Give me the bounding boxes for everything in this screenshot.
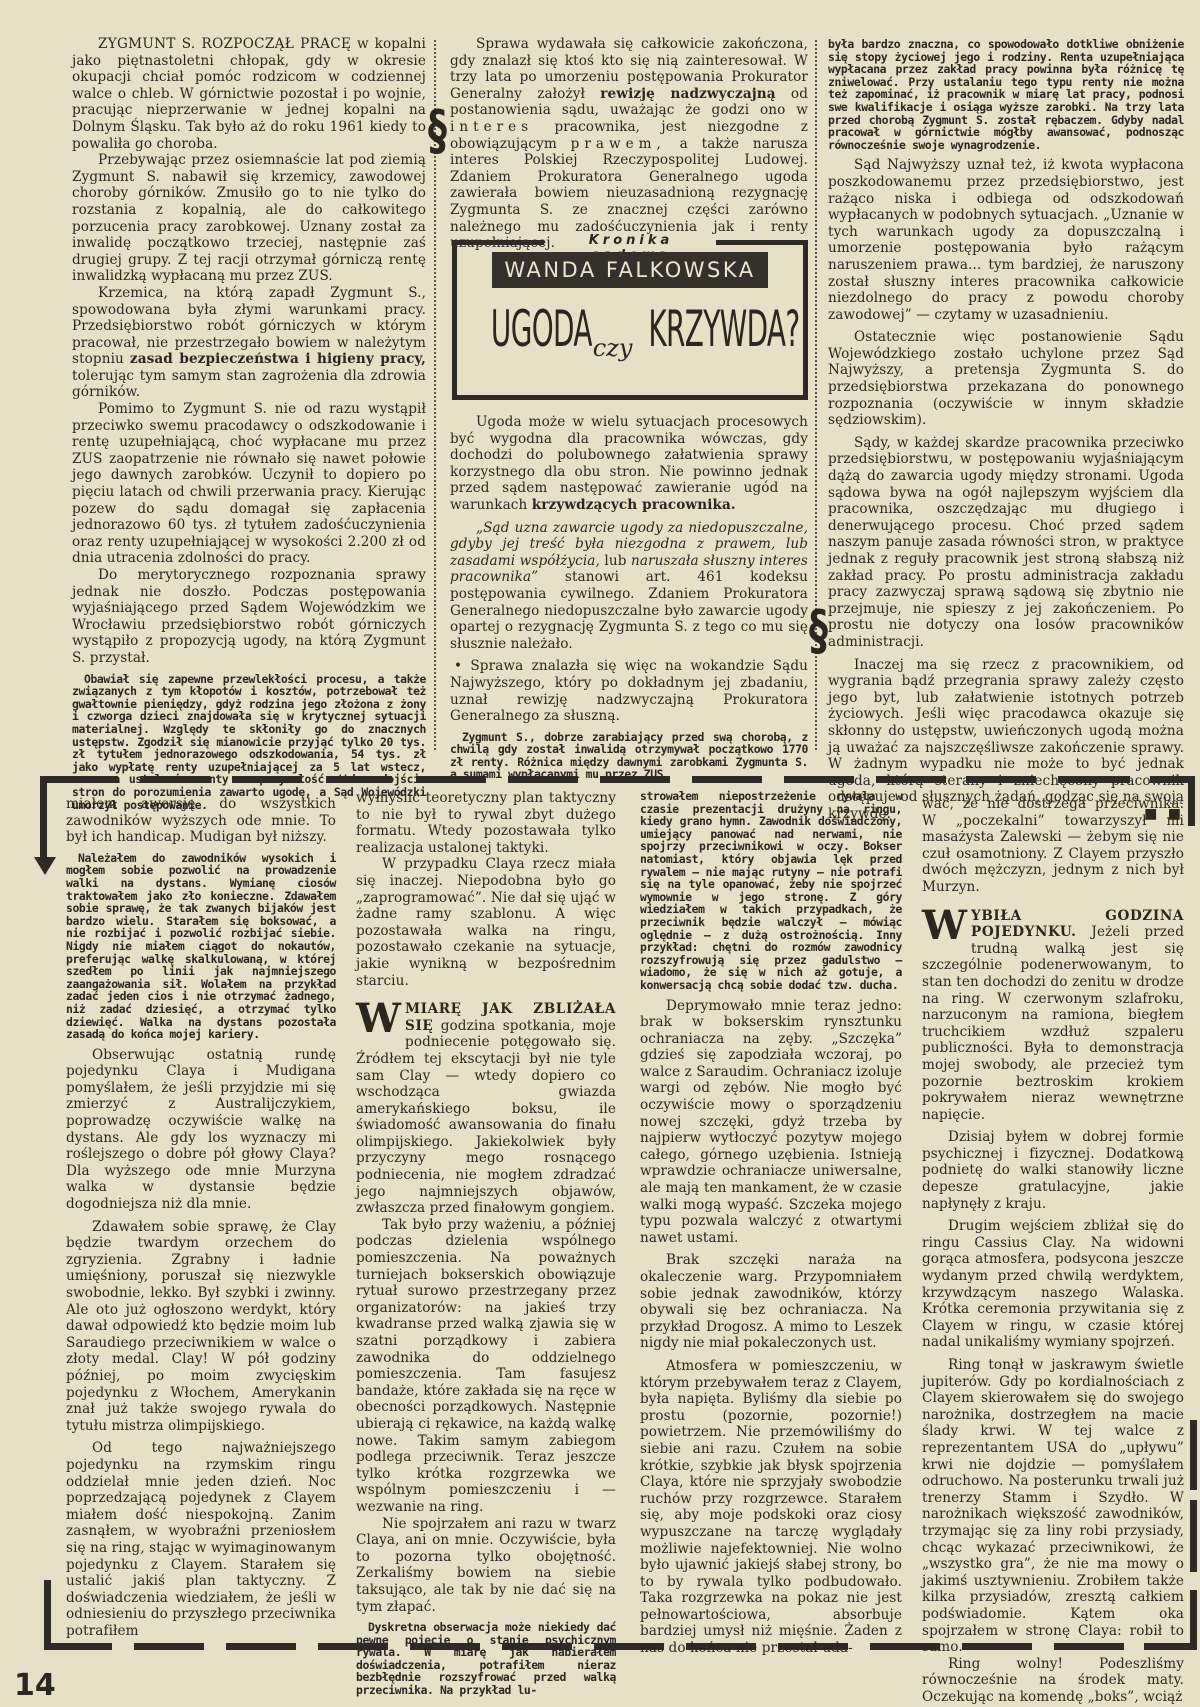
article1-column-3: była bardzo znaczna, co spowodowało dotk… xyxy=(828,38,1184,823)
frame-dash xyxy=(600,776,670,783)
article1-paragraph: Krzemica, na którą zapadł Zygmunt S., sp… xyxy=(72,285,426,401)
article2-paragraph: Atmosfera w pomieszczeniu, w którym prze… xyxy=(640,1358,902,1657)
article2-subhead-paragraph: WMIARĘ JAK ZBLIŻAŁA SIĘ godzina spotkani… xyxy=(356,1001,616,1217)
frame-right xyxy=(1190,1590,1197,1650)
article1-quote-paragraph: „Sąd uzna zawarcie ugody za niedopuszcza… xyxy=(450,520,808,653)
article1-paragraph: Sąd Najwyższy uznał też, iż kwota wypłac… xyxy=(828,157,1184,323)
article2-paragraph: Zdawałem sobie sprawę, że Clay będzie tw… xyxy=(66,1219,336,1435)
frame-dash xyxy=(1058,776,1130,783)
frame-dash xyxy=(1150,776,1188,783)
article1-paragraph: Sprawa wydawała się całkowicie zakończon… xyxy=(450,36,808,252)
drop-cap: W xyxy=(356,1003,401,1035)
article2-paragraph: Drugim wejściem zbliżał się do ringu Cas… xyxy=(922,1218,1184,1351)
frame-right-top xyxy=(1188,776,1195,826)
article1-column-2: Sprawa wydawała się całkowicie zakończon… xyxy=(450,36,808,252)
frame-dash xyxy=(784,776,854,783)
article2-paragraph: wać, że nie dostrzega przeciwnika. W „po… xyxy=(922,796,1184,896)
article1-paragraph: Ostatecznie więc postanowienie Sądu Woje… xyxy=(828,329,1184,429)
article2-paragraph: Ring wolny! Podeszliśmy równocześnie na … xyxy=(922,1656,1184,1706)
article2-small-print: strowałem niepostrzeżenie rywala w czasi… xyxy=(640,790,902,992)
frame-right xyxy=(1190,1500,1197,1572)
section-mark-icon: § xyxy=(809,604,828,658)
frame-dash xyxy=(326,776,392,783)
frame-dash xyxy=(692,776,762,783)
frame-dash xyxy=(40,776,118,783)
article2-paragraph: Brak szczęki naraża na okaleczenie warg.… xyxy=(640,1252,902,1352)
author-name: WANDA FALKOWSKA xyxy=(492,252,768,288)
article1-paragraph: Do merytorycznego rozpoznania sprawy jed… xyxy=(72,567,426,667)
frame-dash xyxy=(140,776,210,783)
article1-paragraph: Pomimo to Zygmunt S. nie od razu wystąpi… xyxy=(72,401,426,567)
article1-column-1: ZYGMUNT S. ROZPOCZĄŁ PRACĘ w kopalni jak… xyxy=(72,36,426,811)
arrow-down-icon xyxy=(34,857,56,875)
article2-paragraph: Ring tonął w jaskrawym świetle jupiterów… xyxy=(922,1357,1184,1656)
article1-small-print: Zygmunt S., dobrze zarabiający przed swą… xyxy=(450,731,808,781)
article2-paragraph: Tak było przy ważeniu, a później podczas… xyxy=(356,1217,616,1516)
article1-paragraph: • Sprawa znalazła się więc na wokandzie … xyxy=(450,658,808,724)
article2-column-4: wać, że nie dostrzega przeciwnika. W „po… xyxy=(922,796,1184,1705)
article1-opening-paragraph: ZYGMUNT S. ROZPOCZĄŁ PRACĘ w kopalni jak… xyxy=(72,36,426,152)
article1-column-2-continued: Ugoda może w wielu sytuacjach procesowyc… xyxy=(450,414,808,781)
frame-dash xyxy=(416,776,486,783)
article2-column-3: strowałem niepostrzeżenie rywala w czasi… xyxy=(640,790,902,1657)
article2-paragraph: W przypadku Claya rzecz miała się inacze… xyxy=(356,856,616,989)
frame-dash xyxy=(232,776,302,783)
article2-paragraph: Od tego najważniejszego pojedynku na rzy… xyxy=(66,1440,336,1639)
article2-paragraph: Dzisiaj byłem w dobrej formie psychiczne… xyxy=(922,1129,1184,1212)
frame-dash xyxy=(226,1643,296,1650)
article2-paragraph: miałem awersję do wszystkich zawodników … xyxy=(66,796,336,846)
frame-right xyxy=(1190,1420,1197,1490)
article2-subhead-paragraph: WYBIŁA GODZINA POJEDYNKU. Jeżeli przed t… xyxy=(922,908,1184,1124)
article2-column-2: wymyślić teoretyczny plan taktyczny to n… xyxy=(356,790,616,1697)
frame-dash xyxy=(508,776,578,783)
drop-cap: W xyxy=(922,910,967,942)
article2-paragraph: wymyślić teoretyczny plan taktyczny to n… xyxy=(356,790,616,856)
article1-paragraph: Przebywając przez osiemnaście lat pod zi… xyxy=(72,152,426,285)
article2-paragraph: Obserwując ostatnią rundę pojedynku Clay… xyxy=(66,1047,336,1213)
article2-paragraph: Nie spojrzałem ani razu w twarz Claya, a… xyxy=(356,1516,616,1616)
article1-paragraph: Sądy, w każdej skardze pracownika przeci… xyxy=(828,435,1184,651)
article2-small-print: Dyskretna obserwacja może niekiedy dać p… xyxy=(356,1621,616,1697)
article2-column-1: miałem awersję do wszystkich zawodników … xyxy=(66,796,336,1639)
frame-dash xyxy=(44,1643,112,1650)
article2-small-print: Należałem do zawodników wysokich i mogłe… xyxy=(66,852,336,1041)
frame-dash xyxy=(134,1643,204,1650)
article1-small-print: była bardzo znaczna, co spowodowało dotk… xyxy=(828,38,1184,151)
frame-left-top xyxy=(40,776,47,861)
article2-paragraph: Deprymowało mnie teraz jedno: brak w bok… xyxy=(640,998,902,1247)
article1-paragraph: Ugoda może w wielu sytuacjach procesowyc… xyxy=(450,414,808,514)
article-headline: UGODAczyKRZYWDA? xyxy=(460,300,800,358)
frame-dash xyxy=(876,776,946,783)
frame-left-bottom xyxy=(44,1580,51,1650)
section-mark-icon: § xyxy=(428,104,447,158)
frame-dash xyxy=(966,776,1036,783)
page-number: 14 xyxy=(14,1668,56,1703)
